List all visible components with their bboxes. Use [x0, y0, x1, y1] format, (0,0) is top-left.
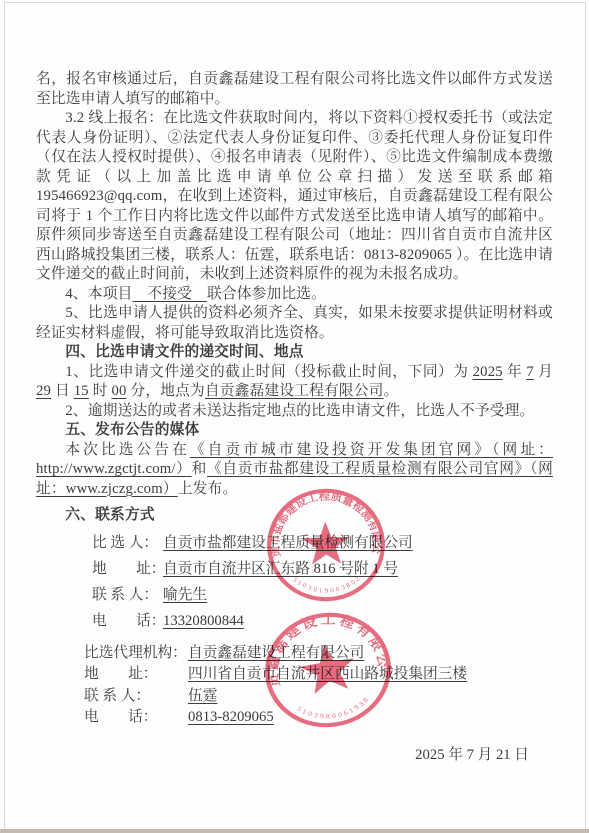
- underlined-value: 2025: [473, 364, 503, 380]
- field-label: 联 系 人：: [84, 686, 188, 708]
- text-run: 名，报名审核通过后，自贡鑫磊建设工程有限公司将比选文件以邮件方式发送至比选申请人…: [36, 71, 553, 107]
- text-run: 时: [89, 383, 112, 399]
- field-label: 地 址：: [84, 664, 188, 686]
- underlined-value: 不接受: [133, 286, 207, 302]
- field-label: 比 选 人：: [92, 530, 163, 556]
- paragraph: 4、本项目 不接受 联合体参加比选。: [36, 285, 553, 305]
- field-label: 电 话：: [92, 608, 163, 634]
- text-run: 年: [503, 364, 527, 380]
- bid-inviter-contact-block: 比 选 人：自贡市盐都建设工程质量检测有限公司地 址：自贡市自流井区汇东路 81…: [36, 530, 553, 634]
- paragraph: 2、逾期送达的或者未送达指定地点的比选申请文件，比选人不予受理。: [36, 402, 553, 422]
- text-run: 3.2 线上报名：在比选文件获取时间内，将以下资料①授权委托书（或法定代表人身份…: [36, 110, 553, 282]
- underlined-value: 7: [526, 364, 534, 380]
- section-heading: 四、比选申请文件的递交时间、地点: [36, 343, 553, 363]
- paragraph: 5、比选申请人提供的资料必须齐全、真实，如果未按要求提供证明材料或经证实材料虚假…: [36, 304, 553, 343]
- field-row: 电 话：0813-8209065: [84, 707, 553, 729]
- section-heading: 五、发布公告的媒体: [36, 421, 553, 441]
- text-run: 月: [534, 364, 553, 380]
- text-run: 六、联系方式: [65, 507, 154, 523]
- field-value: 喻先生: [163, 587, 207, 603]
- paragraph: 3.2 线上报名：在比选文件获取时间内，将以下资料①授权委托书（或法定代表人身份…: [36, 109, 553, 285]
- text-run: 四、比选申请文件的递交时间、地点: [65, 344, 303, 360]
- field-label: 比选代理机构：: [84, 643, 188, 665]
- field-value: 自贡市自流井区汇东路 816 号附 1 号: [163, 561, 398, 577]
- text-run: 联合体参加比选。: [207, 286, 326, 302]
- field-label: 地 址：: [92, 556, 163, 582]
- text-run: 五、发布公告的媒体: [65, 422, 199, 438]
- field-row: 电 话：13320800844: [92, 608, 553, 634]
- field-row: 联 系 人：伍霆: [84, 686, 553, 708]
- field-row: 联 系 人：喻先生: [92, 582, 553, 608]
- text-run: 4、本项目: [65, 286, 132, 302]
- field-value: 伍霆: [188, 688, 217, 704]
- field-value: 自贡市盐都建设工程质量检测有限公司: [163, 535, 413, 551]
- text-run: 上发布。: [178, 481, 238, 497]
- bid-agent-contact-block: 比选代理机构：自贡鑫磊建设工程有限公司地 址：四川省自贡市自流井区西山路城投集团…: [36, 643, 553, 729]
- text-run: 1、比选申请文件递交的截止时间（投标截止时间，下同）为: [65, 364, 472, 380]
- field-label: 电 话：: [84, 707, 188, 729]
- document-body: 名，报名审核通过后，自贡鑫磊建设工程有限公司将比选文件以邮件方式发送至比选申请人…: [36, 70, 553, 526]
- text-run: 分，地点为: [127, 383, 205, 399]
- document-page: 名，报名审核通过后，自贡鑫磊建设工程有限公司将比选文件以邮件方式发送至比选申请人…: [0, 0, 589, 833]
- underlined-value: 29: [36, 383, 51, 399]
- date-line: 2025 年 7 月 21 日: [36, 746, 553, 766]
- field-row: 地 址：四川省自贡市自流井区西山路城投集团三楼: [84, 664, 553, 686]
- field-label: 联 系 人：: [92, 582, 163, 608]
- paragraph: 1、比选申请文件递交的截止时间（投标截止时间，下同）为 2025 年 7 月 2…: [36, 363, 553, 402]
- underlined-value: 15: [74, 383, 89, 399]
- text-run: 2、逾期送达的或者未送达指定地点的比选申请文件，比选人不予受理。: [65, 403, 534, 419]
- underlined-value: 自贡鑫磊建设工程有限公司: [205, 383, 384, 399]
- field-row: 比选代理机构：自贡鑫磊建设工程有限公司: [84, 643, 553, 665]
- field-value: 自贡鑫磊建设工程有限公司: [188, 645, 364, 661]
- section-heading: 六、联系方式: [36, 506, 553, 526]
- field-value: 0813-8209065: [188, 709, 274, 725]
- underlined-value: 00: [111, 383, 126, 399]
- field-row: 比 选 人：自贡市盐都建设工程质量检测有限公司: [92, 530, 553, 556]
- field-value: 13320800844: [163, 613, 244, 629]
- document-content: 名，报名审核通过后，自贡鑫磊建设工程有限公司将比选文件以邮件方式发送至比选申请人…: [0, 0, 589, 833]
- text-run: 。: [384, 383, 399, 399]
- text-run: 5、比选申请人提供的资料必须齐全、真实，如果未按要求提供证明材料或经证实材料虚假…: [36, 305, 553, 341]
- paragraph: 本次比选公告在《自贡市城市建设投资开发集团官网》（网址：http://www.z…: [36, 441, 553, 500]
- field-value: 四川省自贡市自流井区西山路城投集团三楼: [188, 666, 467, 682]
- field-row: 地 址：自贡市自流井区汇东路 816 号附 1 号: [92, 556, 553, 582]
- paragraph: 名，报名审核通过后，自贡鑫磊建设工程有限公司将比选文件以邮件方式发送至比选申请人…: [36, 70, 553, 109]
- text-run: 日: [51, 383, 74, 399]
- text-run: 和: [192, 461, 207, 477]
- text-run: 本次比选公告在: [65, 442, 189, 458]
